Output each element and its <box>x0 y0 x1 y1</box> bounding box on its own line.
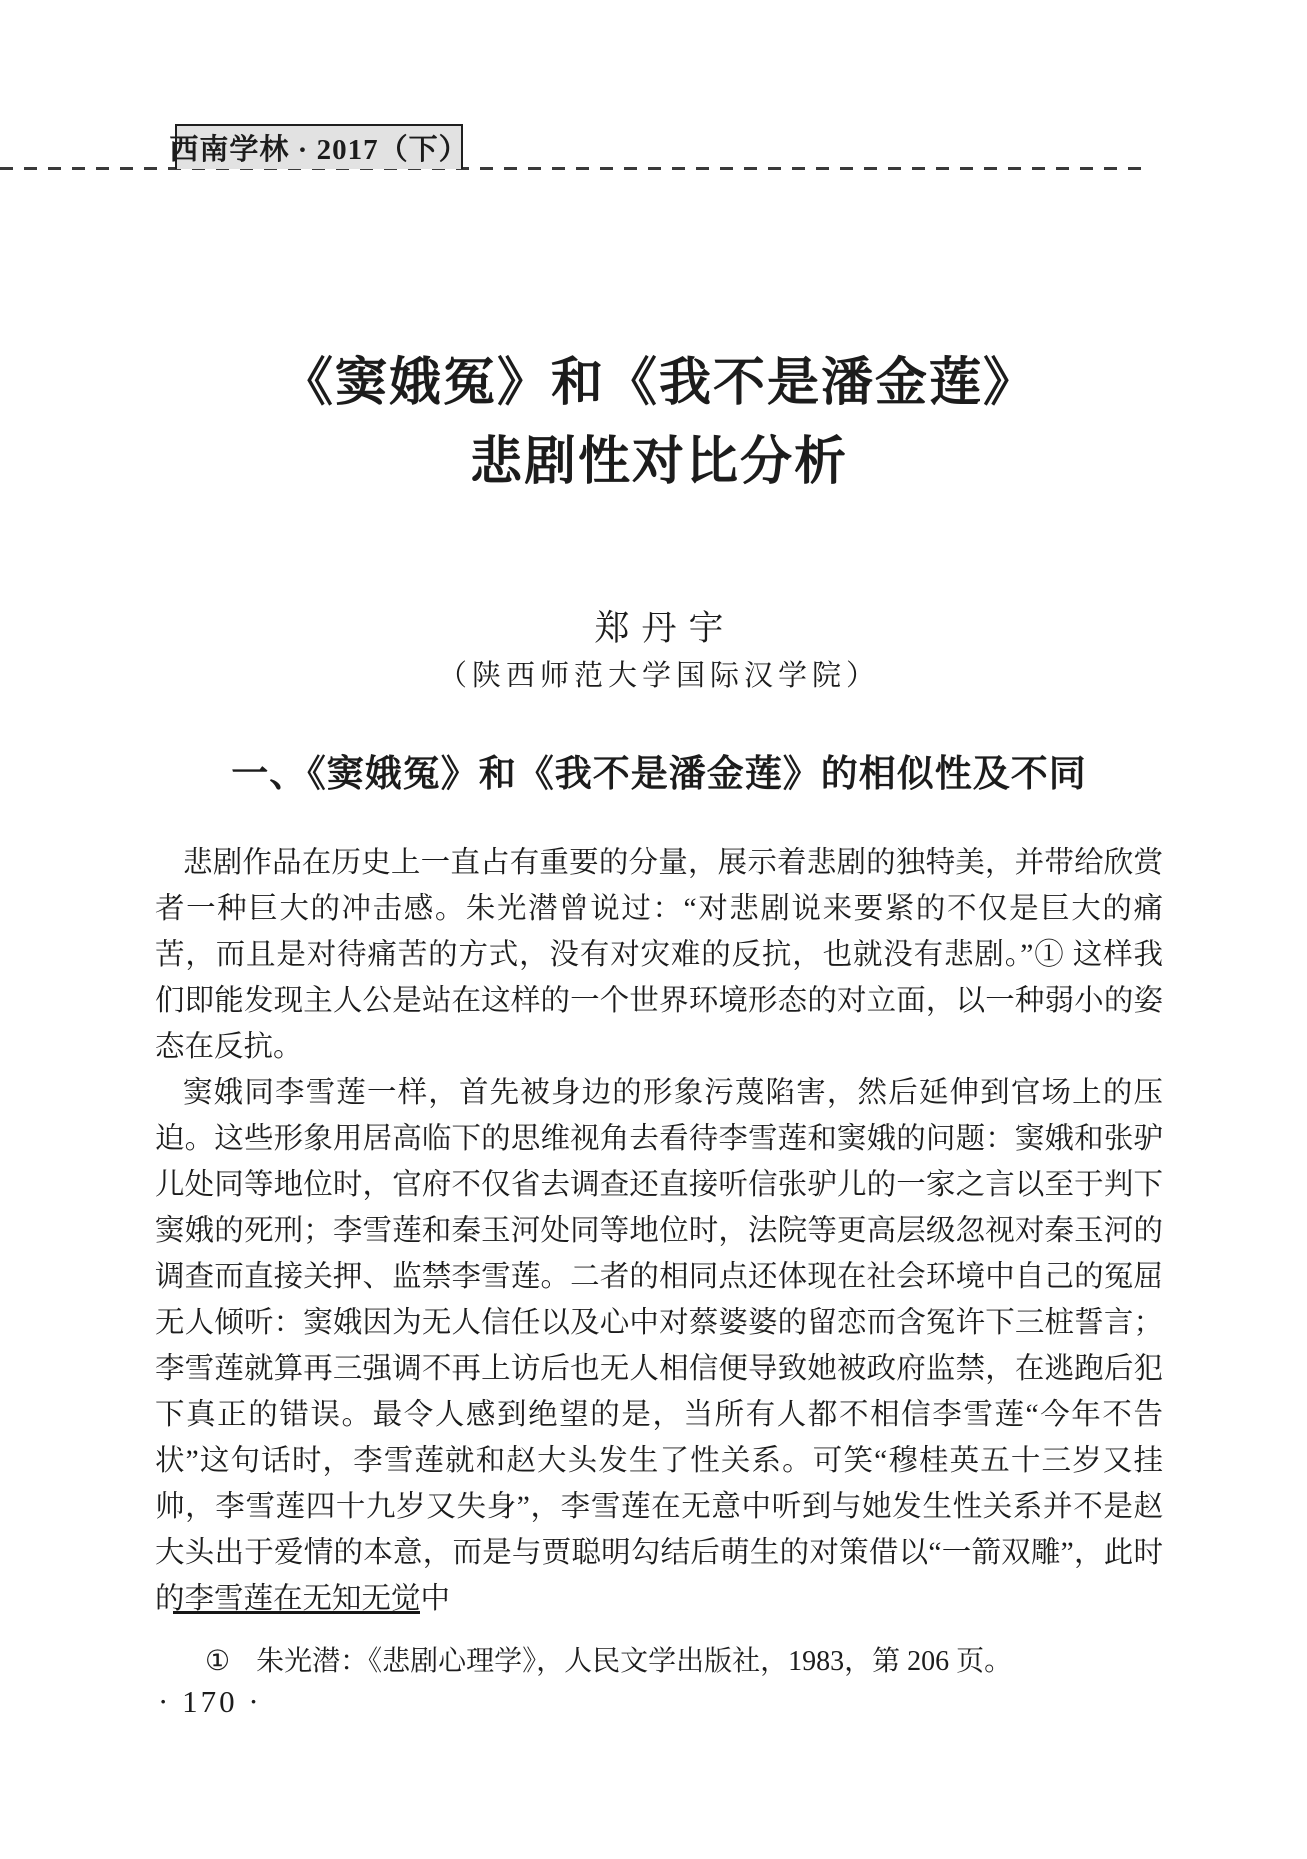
article-title-line1: 《窦娥冤》和《我不是潘金莲》 <box>155 344 1163 423</box>
article-body: 悲剧作品在历史上一直占有重要的分量，展示着悲剧的独特美，并带给欣赏者一种巨大的冲… <box>155 840 1163 1622</box>
journal-header-badge: 西南学林 · 2017（下） <box>175 124 463 169</box>
footnote-text: 朱光潜：《悲剧心理学》，人民文学出版社，1983，第 206 页。 <box>256 1646 1012 1677</box>
author-affiliation: （陕西师范大学国际汉学院） <box>155 653 1163 694</box>
section-heading: 一、《窦娥冤》和《我不是潘金莲》的相似性及不同 <box>155 743 1163 797</box>
article-title-line2: 悲剧性对比分析 <box>155 423 1163 502</box>
article-title: 《窦娥冤》和《我不是潘金莲》 悲剧性对比分析 <box>155 344 1163 502</box>
footnote-marker: ① <box>205 1646 230 1677</box>
body-paragraph-1: 悲剧作品在历史上一直占有重要的分量，展示着悲剧的独特美，并带给欣赏者一种巨大的冲… <box>155 840 1163 1070</box>
footnote: ①朱光潜：《悲剧心理学》，人民文学出版社，1983，第 206 页。 <box>155 1643 1163 1681</box>
journal-title: 西南学林 · 2017（下） <box>169 127 468 168</box>
author-name: 郑丹宇 <box>155 601 1163 651</box>
body-paragraph-2: 窦娥同李雪莲一样，首先被身边的形象污蔑陷害，然后延伸到官场上的压迫。这些形象用居… <box>155 1070 1163 1622</box>
document-page: 西南学林 · 2017（下） 《窦娥冤》和《我不是潘金莲》 悲剧性对比分析 郑丹… <box>0 0 1307 1859</box>
page-number: · 170 · <box>158 1684 262 1720</box>
footnote-divider <box>173 1611 420 1614</box>
